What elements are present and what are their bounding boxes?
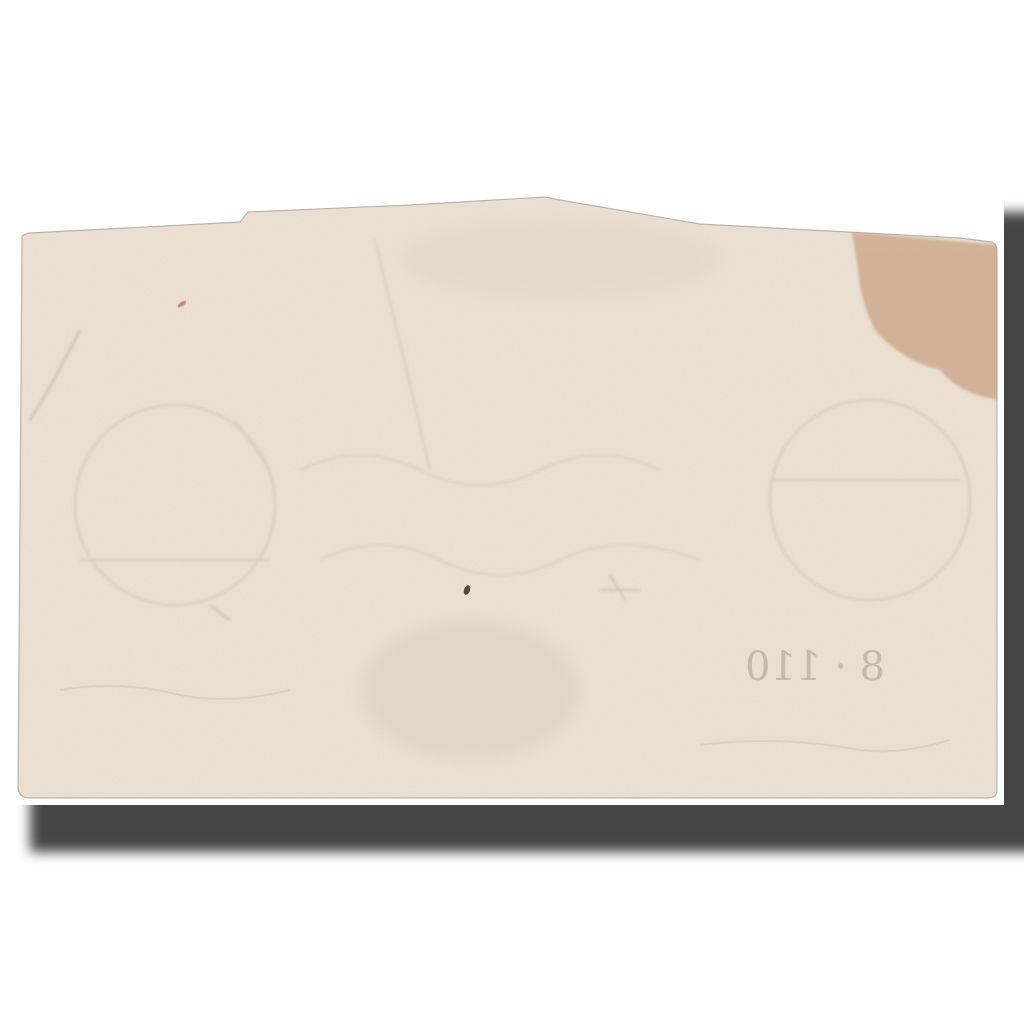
paper-surface: 8 · 110 [0,180,1024,820]
bleed-through-text: 8 · 110 [745,644,885,690]
photo-stage: 8 · 110 [0,0,1024,1024]
banknote-reverse: 8 · 110 [0,0,1024,1024]
mirrored-text-group: 8 · 110 [745,644,885,690]
